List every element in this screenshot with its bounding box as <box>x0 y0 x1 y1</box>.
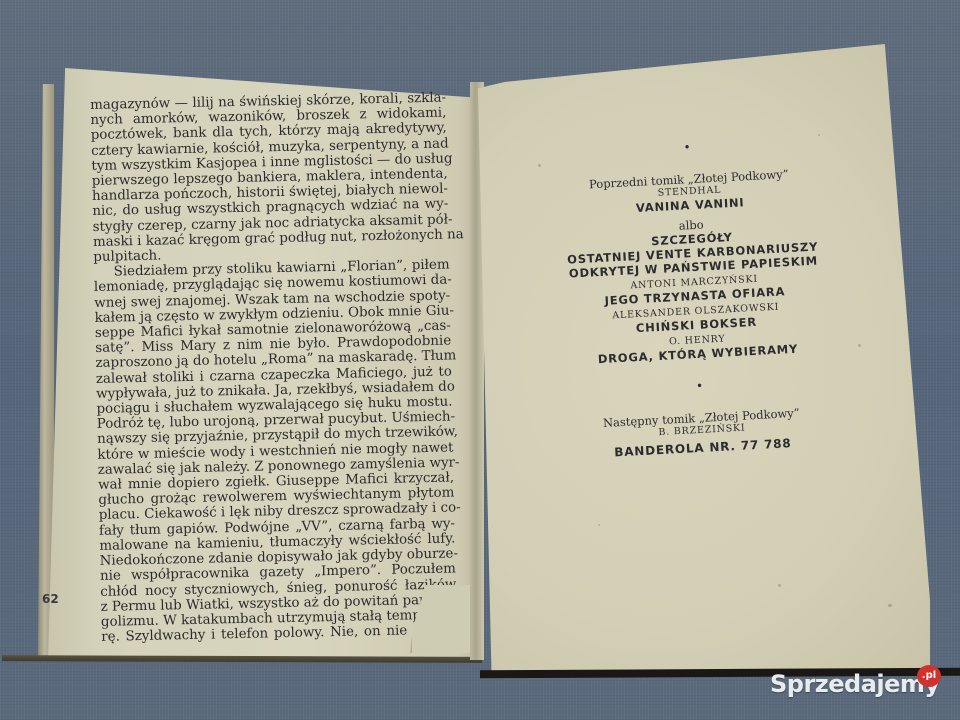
watermark-badge: .pl <box>917 665 941 687</box>
photo-scene: magazynów — lilij na świńskiej skórze, k… <box>0 0 960 720</box>
page-number: 62 <box>42 592 59 606</box>
paper-speckle <box>598 524 600 526</box>
series-list: • Poprzedni tomik „Złotej Podkowy” Stend… <box>532 132 858 463</box>
paper-speckle <box>858 344 861 347</box>
bullet-ornament: • <box>544 371 854 401</box>
left-page-bottom-edge <box>2 655 482 663</box>
left-page-body-text: magazynów — lilij na świńskiej skórze, k… <box>90 91 457 646</box>
paper-speckle <box>778 584 781 587</box>
paper-speckle <box>888 604 892 607</box>
watermark-logo: Sprzedajemy <box>770 670 940 698</box>
